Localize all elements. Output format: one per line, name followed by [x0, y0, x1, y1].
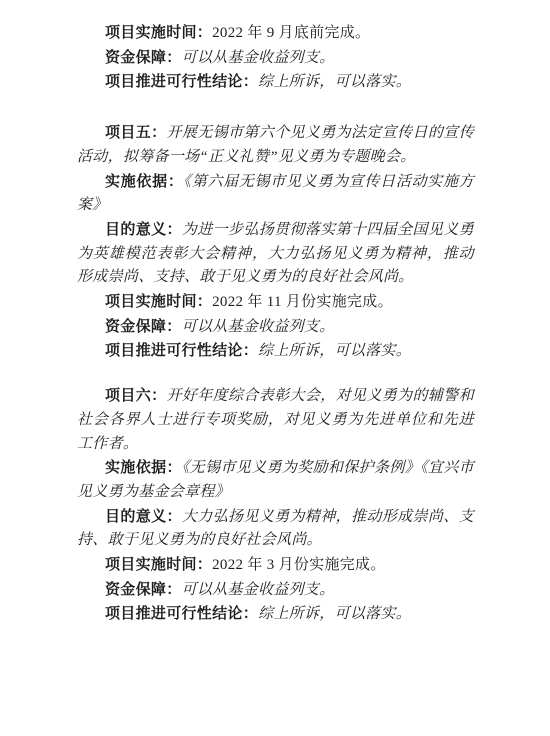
implementation-time-value: 2022 年 11 月份实施完成。 — [212, 294, 393, 310]
implementation-time-value: 2022 年 3 月份实施完成。 — [212, 557, 386, 573]
para-funding-guarantee: 资金保障：可以从基金收益列支。 — [77, 46, 474, 71]
feasibility-conclusion-value: 综上所诉，可以落实。 — [258, 343, 411, 359]
project-5-label: 项目五： — [105, 124, 167, 141]
para-project-6-heading: 项目六：开好年度综合表彰大会，对见义勇为的辅警和社会各界人士进行专项奖励，对见义… — [77, 384, 474, 456]
purpose-significance-label: 目的意义： — [105, 508, 182, 525]
feasibility-conclusion-value: 综上所诉，可以落实。 — [258, 74, 411, 90]
para-feasibility-conclusion: 项目推进可行性结论：综上所诉，可以落实。 — [77, 339, 474, 364]
para-feasibility-conclusion: 项目推进可行性结论：综上所诉，可以落实。 — [77, 70, 474, 95]
section-gap — [77, 95, 474, 121]
para-project-5-heading: 项目五：开展无锡市第六个见义勇为法定宣传日的宣传活动，拟筹备一场“正义礼赞”见义… — [77, 121, 474, 169]
para-feasibility-conclusion: 项目推进可行性结论：综上所诉，可以落实。 — [77, 602, 474, 627]
implementation-basis-label: 实施依据： — [105, 459, 182, 476]
funding-guarantee-label: 资金保障： — [105, 49, 182, 66]
project-6-label: 项目六： — [105, 387, 167, 404]
implementation-basis-label: 实施依据： — [105, 173, 184, 190]
section-gap — [77, 364, 474, 384]
implementation-time-label: 项目实施时间： — [105, 293, 212, 310]
para-purpose-significance: 目的意义：大力弘扬见义勇为精神，推动形成崇尚、支持、敢于见义勇为的良好社会风尚。 — [77, 505, 474, 553]
implementation-time-label: 项目实施时间： — [105, 24, 212, 41]
funding-guarantee-value: 可以从基金收益列支。 — [182, 50, 335, 66]
funding-guarantee-value: 可以从基金收益列支。 — [182, 319, 335, 335]
para-implementation-basis: 实施依据：《第六届无锡市见义勇为宣传日活动实施方案》 — [77, 170, 474, 218]
para-purpose-significance: 目的意义：为进一步弘扬贯彻落实第十四届全国见义勇为英雄模范表彰大会精神，大力弘扬… — [77, 218, 474, 290]
funding-guarantee-label: 资金保障： — [105, 318, 182, 335]
section-project-6: 项目六：开好年度综合表彰大会，对见义勇为的辅警和社会各界人士进行专项奖励，对见义… — [77, 384, 474, 627]
para-funding-guarantee: 资金保障：可以从基金收益列支。 — [77, 315, 474, 340]
feasibility-conclusion-label: 项目推进可行性结论： — [105, 605, 258, 622]
para-implementation-basis: 实施依据：《无锡市见义勇为奖励和保护条例》《宜兴市见义勇为基金会章程》 — [77, 456, 474, 504]
section-project-5: 项目五：开展无锡市第六个见义勇为法定宣传日的宣传活动，拟筹备一场“正义礼赞”见义… — [77, 121, 474, 364]
para-funding-guarantee: 资金保障：可以从基金收益列支。 — [77, 578, 474, 603]
feasibility-conclusion-value: 综上所诉，可以落实。 — [258, 606, 411, 622]
para-implementation-time: 项目实施时间：2022 年 3 月份实施完成。 — [77, 553, 474, 578]
section-previous-project-tail: 项目实施时间：2022 年 9 月底前完成。 资金保障：可以从基金收益列支。 项… — [77, 21, 474, 95]
implementation-time-value: 2022 年 9 月底前完成。 — [212, 25, 370, 41]
para-implementation-time: 项目实施时间：2022 年 9 月底前完成。 — [77, 21, 474, 46]
funding-guarantee-label: 资金保障： — [105, 581, 182, 598]
document-page: 项目实施时间：2022 年 9 月底前完成。 资金保障：可以从基金收益列支。 项… — [0, 0, 550, 736]
purpose-significance-label: 目的意义： — [105, 221, 182, 238]
feasibility-conclusion-label: 项目推进可行性结论： — [105, 73, 258, 90]
implementation-time-label: 项目实施时间： — [105, 556, 212, 573]
funding-guarantee-value: 可以从基金收益列支。 — [182, 582, 335, 598]
para-implementation-time: 项目实施时间：2022 年 11 月份实施完成。 — [77, 290, 474, 315]
feasibility-conclusion-label: 项目推进可行性结论： — [105, 342, 258, 359]
